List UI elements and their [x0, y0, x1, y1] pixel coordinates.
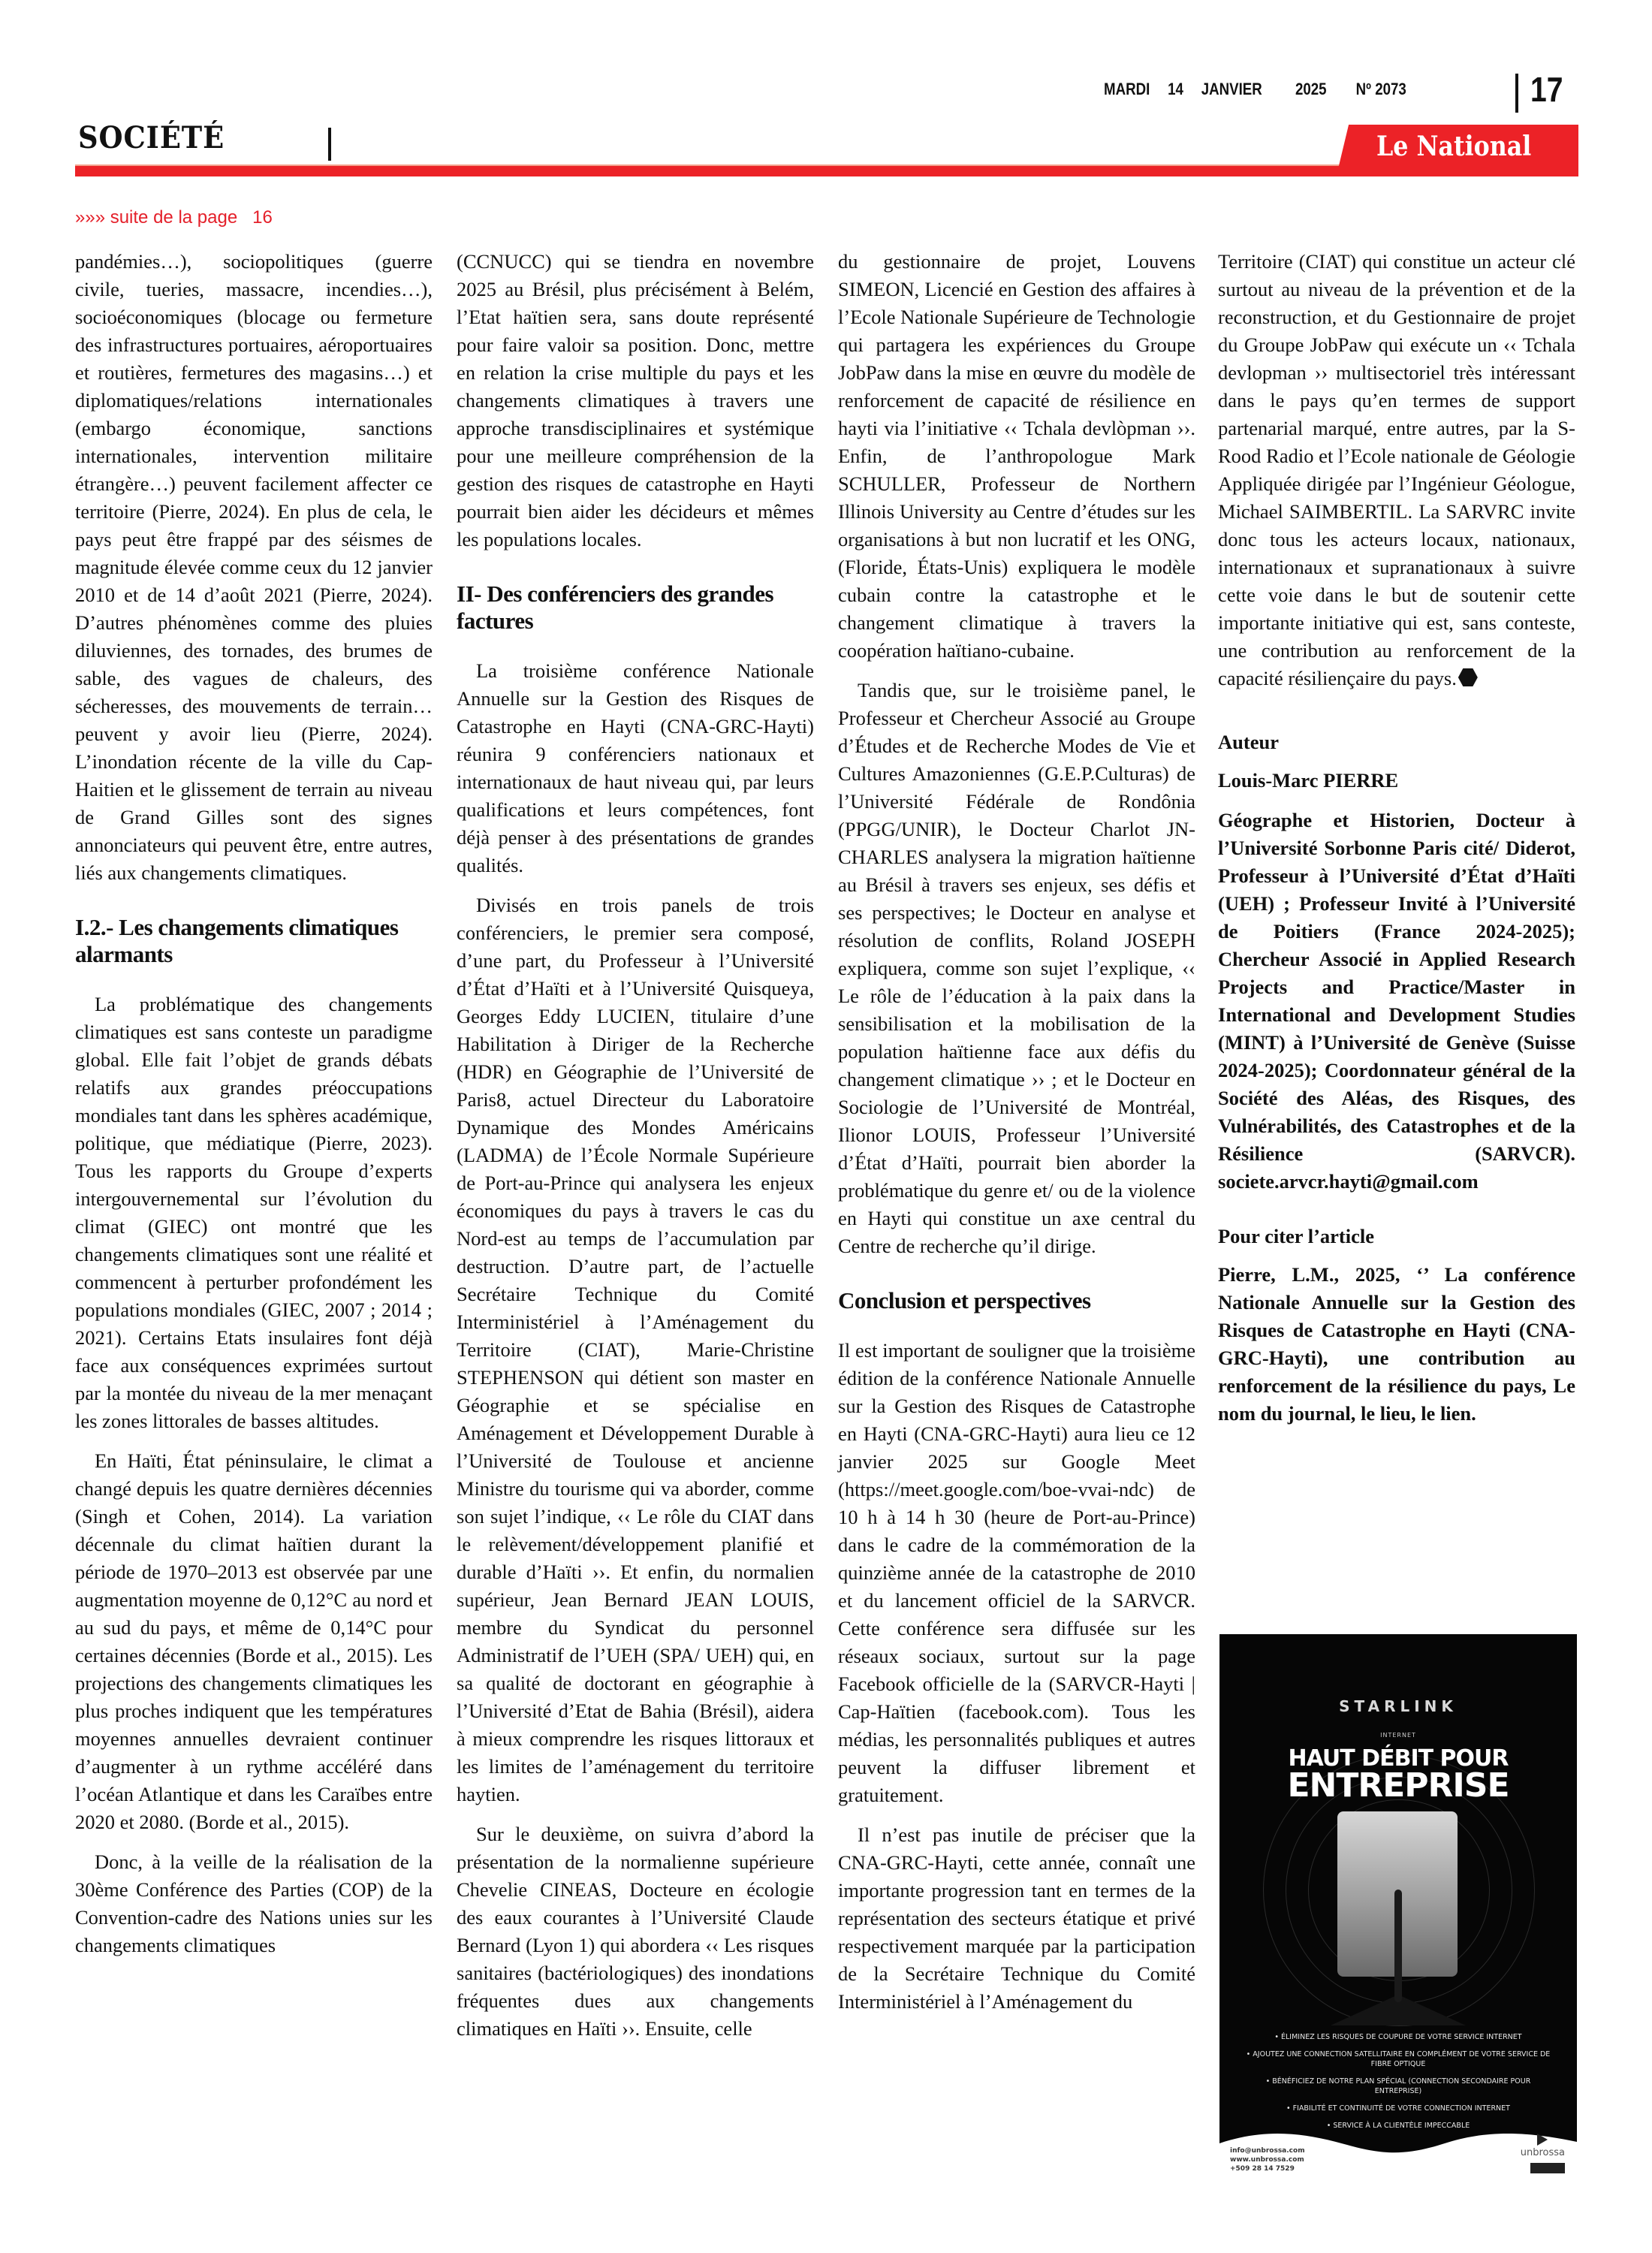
paragraph: pandémies…), sociopolitiques (guerre civ… [75, 248, 433, 887]
ad-benefit: • BÉNÉFICIEZ DE NOTRE PLAN SPÉCIAL (CONN… [1219, 2077, 1577, 2096]
page-number-divider [1515, 74, 1518, 113]
author-name: Louis-Marc PIERRE [1218, 767, 1575, 795]
paragraph: du gestionnaire de projet, Louvens SIMEO… [838, 248, 1195, 665]
citation-text: Pierre, L.M., 2025, ‘’ La conférence Nat… [1218, 1261, 1575, 1428]
ad-benefit: • FIABILITÉ ET CONTINUITÉ DE VOTRE CONNE… [1219, 2104, 1577, 2113]
paragraph: La problématique des changements climati… [75, 991, 433, 1435]
ad-email[interactable]: info@unbrossa.com [1230, 2146, 1305, 2155]
article-column-3: du gestionnaire de projet, Louvens SIMEO… [838, 248, 1195, 2028]
author-label: Auteur [1218, 728, 1575, 756]
ad-kicker: INTERNET [1219, 1732, 1577, 1739]
ad-brand: STARLINK [1219, 1697, 1577, 1715]
paragraph: Il est important de souligner que la tro… [838, 1337, 1195, 1809]
paragraph: Divisés en trois panels de trois confére… [457, 891, 814, 1808]
ad-benefits-list: • ÉLIMINEZ LES RISQUES DE COUPURE DE VOT… [1219, 2032, 1577, 2138]
author-bio: Géographe et Historien, Docteur à l’Univ… [1218, 807, 1575, 1196]
ad-benefit: • ÉLIMINEZ LES RISQUES DE COUPURE DE VOT… [1219, 2032, 1577, 2042]
article-column-2: (CCNUCC) qui se tiendra en novembre 2025… [457, 248, 814, 2055]
article-end-hexagon-icon [1458, 668, 1478, 686]
article-column-1: pandémies…), sociopolitiques (guerre civ… [75, 248, 433, 1971]
page-number: 17 [1530, 69, 1563, 110]
newspaper-name: Le National [1376, 131, 1531, 162]
ad-phone: +509 28 14 7529 [1230, 2164, 1305, 2173]
paragraph: Sur le deuxième, on suivra d’abord la pr… [457, 1820, 814, 2043]
day: 14 [1168, 80, 1183, 98]
section-divider [328, 128, 331, 161]
article-column-4: Territoire (CIAT) qui constitue un acteu… [1218, 248, 1575, 1440]
paragraph: En Haïti, État péninsulaire, le climat a… [75, 1447, 433, 1836]
paragraph: Territoire (CIAT) qui constitue un acteu… [1218, 248, 1575, 692]
paragraph: Donc, à la veille de la réalisation de l… [75, 1848, 433, 1959]
dateline: MARDI14JANVIER2025Nº 2073 [1104, 80, 1424, 99]
closing-paragraph: Territoire (CIAT) qui constitue un acteu… [1218, 250, 1575, 689]
subheading: Conclusion et perspectives [838, 1287, 1195, 1314]
citation-label: Pour citer l’article [1218, 1223, 1575, 1250]
ad-benefit: • AJOUTEZ UNE CONNECTION SATELLITAIRE EN… [1219, 2049, 1577, 2069]
dish-mast-icon [1394, 1890, 1402, 2002]
ad-website[interactable]: www.unbrossa.com [1230, 2155, 1305, 2164]
paragraph: Il n’est pas inutile de préciser que la … [838, 1821, 1195, 2016]
subheading: II- Des conférenciers des grandes factur… [457, 581, 814, 635]
play-triangle-icon [1537, 2134, 1548, 2146]
ad-contact: info@unbrossa.com www.unbrossa.com +509 … [1230, 2146, 1305, 2173]
app-store-badge-icon[interactable] [1530, 2163, 1565, 2173]
month: JANVIER [1201, 80, 1262, 98]
weekday: MARDI [1104, 80, 1150, 98]
continued-from-link[interactable]: »»» suite de la page 16 [75, 207, 273, 228]
paragraph: (CCNUCC) qui se tiendra en novembre 2025… [457, 248, 814, 553]
paragraph: Tandis que, sur le troisième panel, le P… [838, 677, 1195, 1260]
issue-number: Nº 2073 [1356, 80, 1406, 98]
ad-headline-large: ENTREPRISE [1219, 1766, 1577, 1805]
starlink-advertisement[interactable]: STARLINK INTERNET HAUT DÉBIT POUR ENTREP… [1219, 1634, 1577, 2181]
ad-logo: unbrossa [1521, 2134, 1565, 2158]
paragraph: La troisième conférence Nationale Annuel… [457, 657, 814, 879]
year: 2025 [1295, 80, 1327, 98]
subheading: I.2.- Les changements climatiques alarma… [75, 914, 433, 968]
section-title: SOCIÉTÉ [78, 120, 225, 155]
